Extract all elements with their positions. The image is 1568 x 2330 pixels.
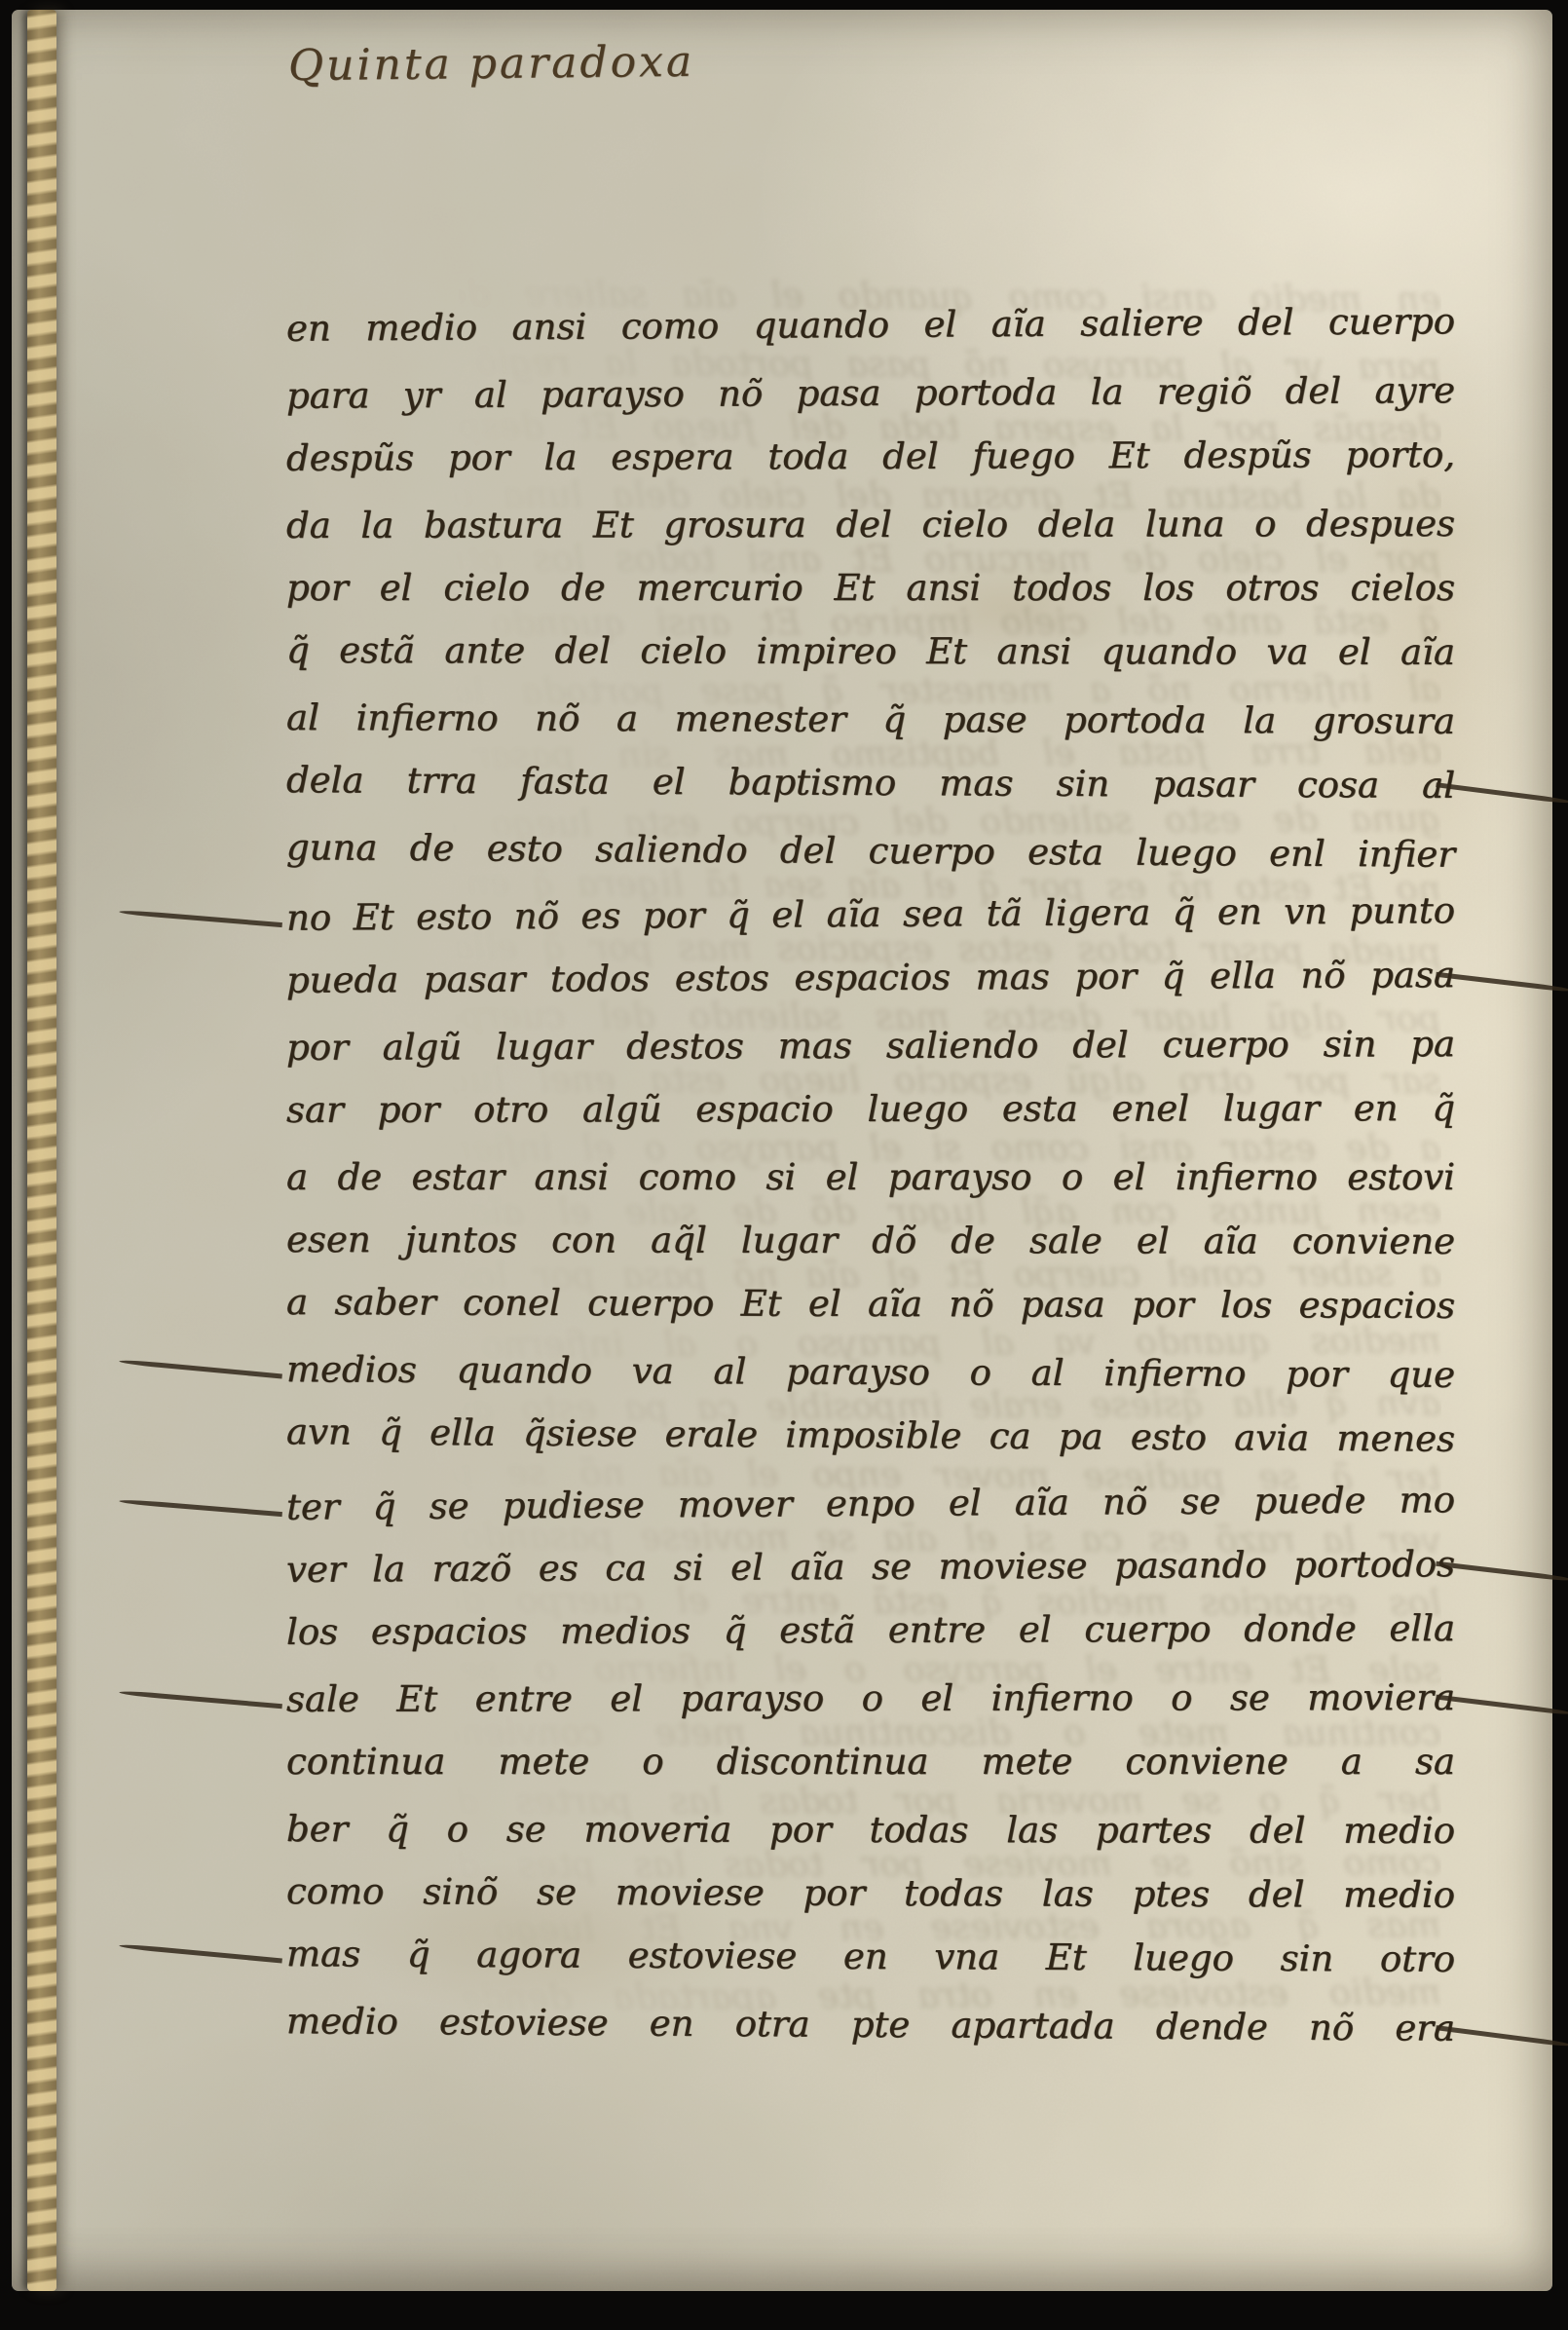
manuscript-line: mas q̃ agora estoviese en vna Et luego s… — [286, 1921, 1455, 1992]
manuscript-line: esen juntos con aq̃l lugar dõ de sale el… — [286, 1207, 1455, 1274]
manuscript-line: ver la razõ es ca si el aĩa se moviese p… — [286, 1531, 1455, 1602]
manuscript-line: como sinõ se moviese por todas las ptes … — [286, 1859, 1455, 1928]
manuscript-line: a de estar ansi como si el parayso o el … — [286, 1145, 1455, 1210]
manuscript-line: da la bastura Et grosura del cielo dela … — [286, 491, 1455, 558]
manuscript-line: sar por otro algũ espacio luego esta ene… — [286, 1075, 1455, 1143]
manuscript-line: medio estoviese en otra pte apartada den… — [286, 1988, 1455, 2061]
manuscript-line: ber q̃ o se moveria por todas las partes… — [286, 1796, 1455, 1863]
manuscript-line: dela trra fasta el baptismo mas sin pasa… — [286, 747, 1455, 818]
manuscript-line: guna de esto saliendo del cuerpo esta lu… — [286, 814, 1455, 887]
binding-cord — [27, 10, 56, 2291]
manuscript-line: por algũ lugar destos mas saliendo del c… — [286, 1011, 1455, 1080]
manuscript-line: a saber conel cuerpo Et el aĩa nõ pasa p… — [286, 1269, 1455, 1338]
manuscript-line: sale Et entre el parayso o el infierno o… — [286, 1665, 1455, 1732]
manuscript-line: continua mete o discontinua mete convien… — [286, 1729, 1455, 1794]
manuscript-line: al infierno nõ a menester q̃ pase portod… — [286, 685, 1455, 754]
manuscript-line: no Et esto nõ es por q̃ el aĩa sea tã li… — [286, 878, 1455, 951]
manuscript-page: en medio ansi como quando el aĩa saliere… — [12, 10, 1552, 2291]
manuscript-line: q̃ estã ante del cielo impireo Et ansi q… — [286, 618, 1455, 685]
manuscript-line: para yr al parayso nõ pasa portoda la re… — [286, 357, 1455, 429]
manuscript-line: los espacios medios q̃ estã entre el cue… — [286, 1596, 1455, 1665]
manuscript-line: despũs por la espera toda del fuego Et d… — [286, 422, 1455, 491]
manuscript-line: en medio ansi como quando el aĩa saliere… — [286, 288, 1455, 361]
manuscript-line: avn q̃ ella q̃siese erale imposible ca p… — [286, 1399, 1455, 1472]
manuscript-line: ter q̃ se pudiese mover enpo el aĩa nõ s… — [286, 1467, 1455, 1540]
manuscript-line: medios quando va al parayso o al infiern… — [286, 1336, 1455, 1408]
photo-background: en medio ansi como quando el aĩa saliere… — [0, 0, 1568, 2330]
running-title: Quinta paradoxa — [288, 37, 695, 91]
manuscript-line: pueda pasar todos estos espacios mas por… — [286, 942, 1455, 1013]
manuscript-text-block: en medio ansi como quando el aĩa saliere… — [286, 294, 1455, 2056]
manuscript-line: por el cielo de mercurio Et ansi todos l… — [286, 555, 1455, 620]
